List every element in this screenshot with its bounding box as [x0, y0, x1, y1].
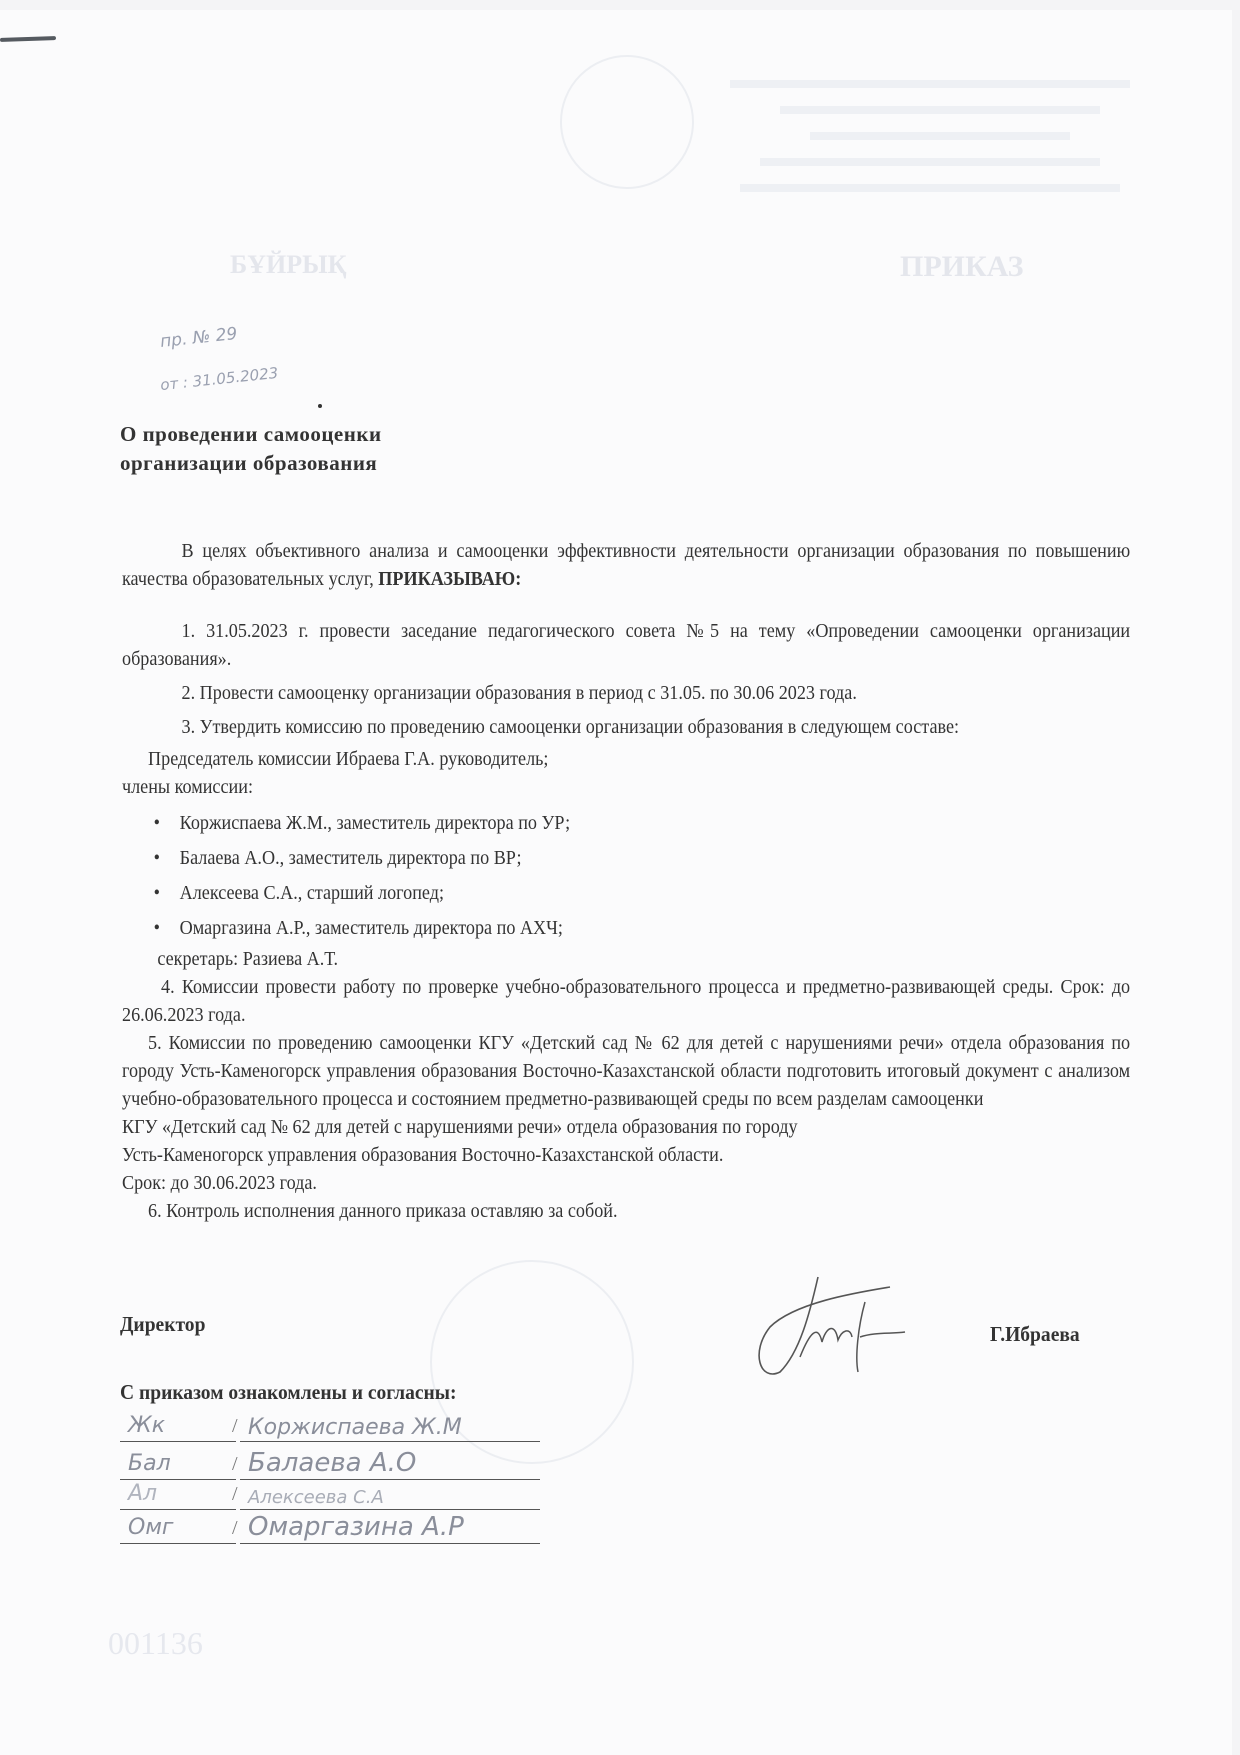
ack-underline: [120, 1441, 236, 1442]
ghost-letterhead-lines: [720, 70, 1140, 200]
title-line-1: О проведении самооценки: [120, 420, 382, 449]
handwritten-order-date: от : 31.05.2023: [159, 364, 279, 394]
ghost-title-left: БҰЙРЫҚ: [230, 250, 346, 280]
ack-underline: [120, 1543, 236, 1544]
staple-mark: [0, 36, 56, 42]
ghost-title-right: ПРИКАЗ: [900, 250, 1024, 284]
director-signature: [740, 1272, 930, 1382]
title-line-2: организации образования: [120, 449, 382, 478]
commission-member: Коржиспаева Ж.М., заместитель директора …: [122, 806, 1130, 841]
order-item-3: 3. Утвердить комиссию по проведению само…: [122, 714, 1130, 742]
commission-members-list: Коржиспаева Ж.М., заместитель директора …: [122, 806, 1130, 946]
ack-initials: Омг: [128, 1515, 173, 1540]
ink-dot: [318, 404, 322, 408]
commission-chairman: Председатель комиссии Ибраева Г.А. руков…: [122, 746, 1130, 774]
ack-name: Коржиспаева Ж.М: [248, 1415, 462, 1440]
ack-initials: Жк: [128, 1413, 165, 1438]
order-item-5-deadline: Срок: до 30.06.2023 года.: [122, 1170, 1130, 1198]
ack-name: Омаргазина А.Р: [248, 1512, 464, 1542]
order-item-1: 1. 31.05.2023 г. провести заседание педа…: [122, 618, 1130, 674]
acknowledgement-row: Ал / Алексеева С.А: [120, 1474, 540, 1510]
document-page: ПРИКАЗ БҰЙРЫҚ пр. № 29 от : 31.05.2023 О…: [0, 10, 1232, 1755]
order-item-5: 5. Комиссии по проведению самооценки КГУ…: [122, 1030, 1130, 1114]
serial-number: 001136: [108, 1625, 203, 1662]
preamble-paragraph: В целях объективного анализа и самооценк…: [122, 538, 1130, 594]
commission-secretary: секретарь: Разиева А.Т.: [122, 946, 1130, 974]
ack-underline: [240, 1441, 540, 1442]
ghost-emblem: [560, 55, 694, 189]
ack-divider: /: [232, 1453, 238, 1476]
order-items-1-3: 1. 31.05.2023 г. провести заседание педа…: [122, 618, 1130, 1226]
order-item-2: 2. Провести самооценку организации образ…: [122, 680, 1130, 708]
signatory-name: Г.Ибраева: [990, 1322, 1080, 1347]
order-item-5-continuation-1: КГУ «Детский сад № 62 для детей с наруше…: [122, 1114, 1130, 1142]
preamble-text: В целях объективного анализа и самооценк…: [122, 541, 1130, 590]
acknowledgement-row: Жк / Коржиспаева Ж.М: [120, 1406, 540, 1442]
order-item-6: 6. Контроль исполнения данного приказа о…: [122, 1198, 1130, 1226]
ack-initials: Бал: [128, 1451, 171, 1476]
ack-divider: /: [232, 1415, 238, 1438]
document-title: О проведении самооценки организации обра…: [120, 420, 382, 478]
acknowledgement-title: С приказом ознакомлены и согласны:: [120, 1380, 457, 1405]
commission-member: Алексеева С.А., старший логопед;: [122, 876, 1130, 911]
acknowledgement-row: Омг / Омаргазина А.Р: [120, 1508, 540, 1544]
ack-divider: /: [232, 1483, 238, 1506]
ack-initials: Ал: [128, 1481, 157, 1506]
commission-member: Балаева А.О., заместитель директора по В…: [122, 841, 1130, 876]
order-item-4: 4. Комиссии провести работу по проверке …: [122, 974, 1130, 1030]
order-item-5-continuation-2: Усть-Каменогорск управления образования …: [122, 1142, 1130, 1170]
signatory-position: Директор: [120, 1312, 205, 1337]
order-keyword: ПРИКАЗЫВАЮ:: [378, 569, 521, 590]
ack-divider: /: [232, 1517, 238, 1540]
ack-name: Алексеева С.А: [248, 1487, 384, 1508]
commission-members-label: члены комиссии:: [122, 774, 1130, 802]
commission-member: Омаргазина А.Р., заместитель директора п…: [122, 911, 1130, 946]
ack-underline: [240, 1543, 540, 1544]
handwritten-order-number: пр. № 29: [159, 324, 238, 352]
